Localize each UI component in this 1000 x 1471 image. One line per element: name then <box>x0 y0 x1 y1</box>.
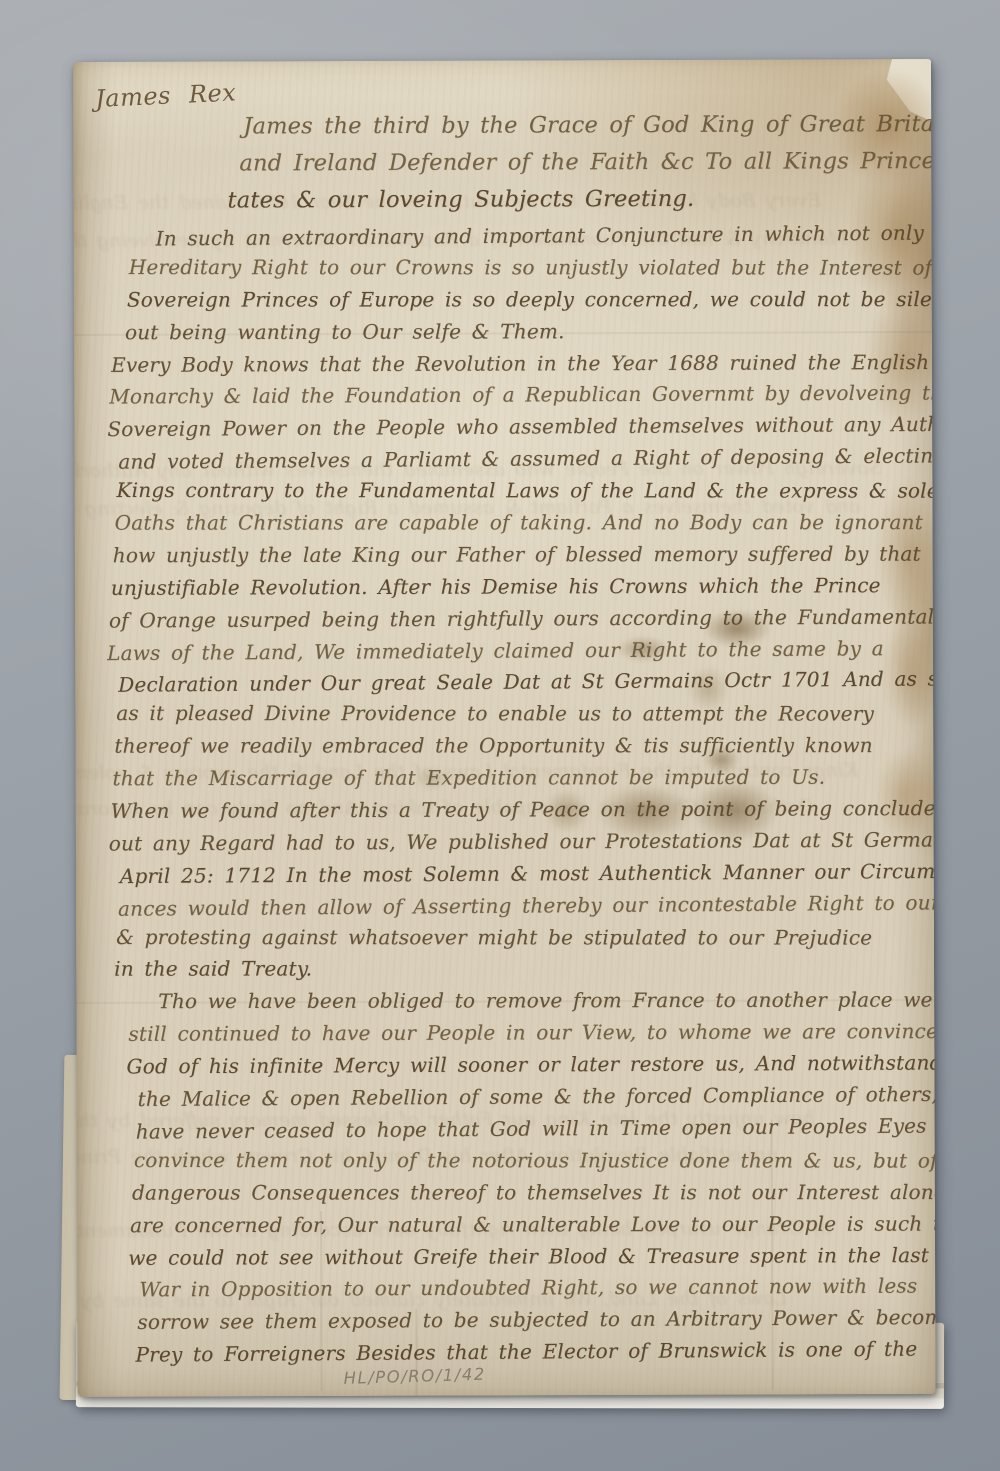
text-line: Sovereign Princes of Europe is so deeply… <box>127 287 936 319</box>
text-line: tates & our loveing Subjects Greeting. <box>227 185 935 225</box>
text-line: & protesting against whatsoever might be… <box>116 925 936 958</box>
text-line: are concerned for, Our natural & unalter… <box>130 1211 936 1245</box>
text-line: how unjustly the late King our Father of… <box>113 541 936 575</box>
text-line: in the said Treaty. <box>114 957 935 990</box>
photograph-background: Every Body knows that the Revolution in … <box>0 0 1000 1471</box>
text-line: Prey to Forreigners Besides that the Ele… <box>135 1336 935 1375</box>
text-line: Oaths that Christians are capable of tak… <box>115 510 936 543</box>
text-line: When we found after this a Treaty of Pea… <box>111 796 936 831</box>
text-line: and Ireland Defender of the Faith &c To … <box>239 148 935 188</box>
text-line: that the Miscarriage of that Expedition … <box>112 765 935 799</box>
text-line: still continued to have our People in ou… <box>128 1019 935 1054</box>
text-line: out being wanting to Our selfe & Them. <box>125 318 936 352</box>
text-line: and voted themselves a Parliamt & assume… <box>118 443 935 482</box>
text-line: In such an extraordinary and important C… <box>156 220 936 258</box>
text-line: Declaration under Our great Seale Dat at… <box>118 666 936 705</box>
text-line: we could not see without Greife their Bl… <box>128 1242 936 1277</box>
text-line: thereof we readily embraced the Opportun… <box>114 733 935 766</box>
text-line: War in Opposition to our undoubted Right… <box>139 1274 935 1310</box>
text-line: as it pleased Divine Providence to enabl… <box>116 701 935 734</box>
text-line: out any Regard had to us, We published o… <box>109 827 936 863</box>
text-line: James the third by the Grace of God King… <box>243 111 935 151</box>
text-line: ances would then allow of Asserting ther… <box>118 890 936 929</box>
text-line: have never ceased to hope that God will … <box>136 1113 936 1152</box>
text-line: Tho we have been obliged to remove from … <box>158 988 935 1022</box>
letter-body: James the third by the Grace of God King… <box>73 111 935 1373</box>
text-line: Every Body knows that the Revolution in … <box>111 349 936 384</box>
manuscript-page: Every Body knows that the Revolution in … <box>73 59 936 1397</box>
text-line: convince them not only of the notorious … <box>134 1148 936 1180</box>
text-line: dangerous Consequences thereof to themse… <box>132 1180 936 1212</box>
text-line: God of his infinite Mercy will sooner or… <box>126 1050 935 1086</box>
text-line: April 25: 1712 In the most Solemn & most… <box>120 858 936 895</box>
text-line: unjustifiable Revolution. After his Demi… <box>111 573 936 608</box>
text-line: Monarchy & laid the Foundation of a Repu… <box>109 381 936 417</box>
text-line: the Malice & open Rebellion of some & th… <box>138 1082 936 1119</box>
text-line: Kings contrary to the Fundamental Laws o… <box>117 478 936 511</box>
text-line: Hereditary Right to our Crowns is so unj… <box>129 255 936 287</box>
text-line: of Orange usurped being then rightfully … <box>109 604 936 640</box>
